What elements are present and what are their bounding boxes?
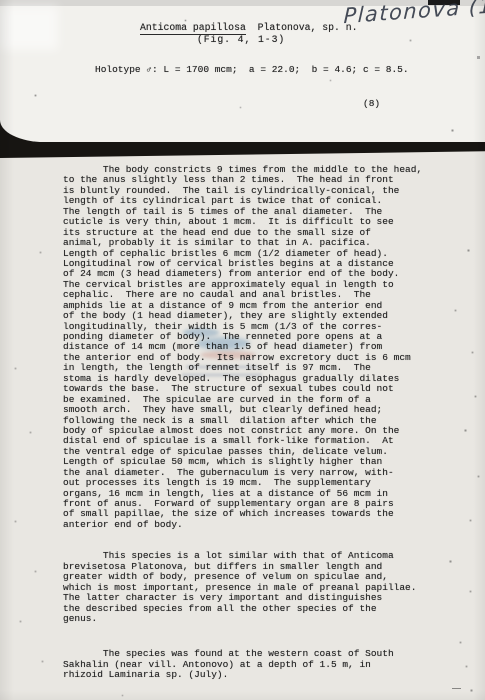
text-line: The latter character is very important a… (63, 593, 443, 603)
page-number: (8) (363, 99, 380, 109)
paragraph: The species was found at the western coa… (63, 649, 443, 680)
figure-reference: (Fig. 4, 1-3) (197, 35, 285, 45)
corner-highlight (0, 6, 58, 50)
species-author: Platonova, sp. n. (246, 22, 358, 33)
body-text: The body constricts 9 times from the mid… (63, 165, 443, 681)
holotype-measurements: Holotype ♂: L = 1700 mcm; a = 22.0; b = … (95, 65, 409, 75)
text-line: genus. (63, 614, 443, 624)
paragraph: This species is a lot similar with that … (63, 551, 443, 624)
text-line: anterior end of body. (63, 520, 443, 530)
text-line: animal, probably it is similar to that i… (63, 238, 443, 248)
scanned-document-page: Platonova (1978 Anticoma papillosa Plato… (0, 0, 485, 700)
paragraph: The body constricts 9 times from the mid… (63, 165, 443, 530)
text-line: smooth arch. They have small, but clearl… (63, 405, 443, 415)
text-line: out processes its length is 19 mcm. The … (63, 478, 443, 488)
species-title: Anticoma papillosa Platonova, sp. n. (140, 23, 358, 33)
scan-dash-mark (452, 688, 461, 689)
text-line: of the body (1 head diameter), they are … (63, 311, 443, 321)
text-line: the described species from all the other… (63, 604, 443, 614)
text-line: rhizoid Laminaria sp. (July). (63, 670, 443, 680)
